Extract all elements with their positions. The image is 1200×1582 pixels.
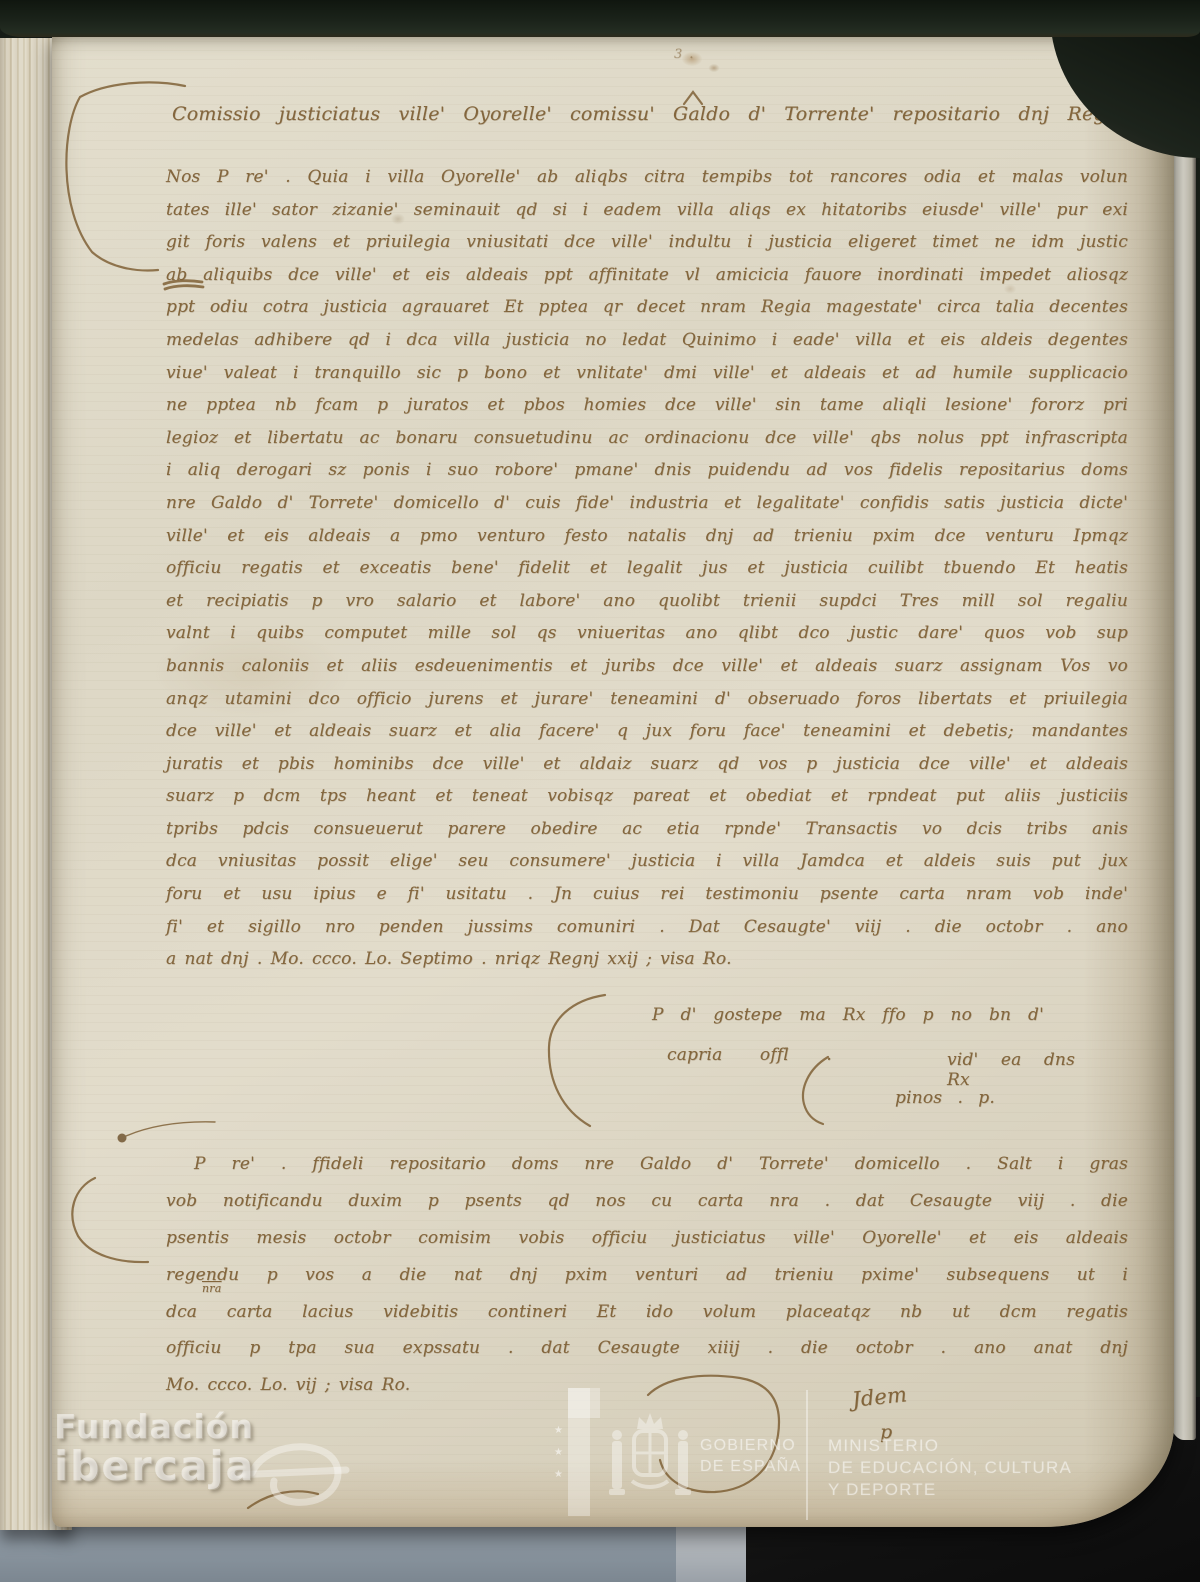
body-text-line-20: suarz p dcm tps heant et teneat vobisqz …: [166, 780, 1128, 813]
body-text-line-6: medelas adhibere qd i dca villa justicia…: [166, 324, 1128, 357]
background-top: [0, 0, 1200, 37]
ministerio-watermark-line-2: DE EDUCACIÓN, CULTURA: [828, 1457, 1072, 1478]
second-text-block: P re' . ffideli repositario doms nre Gal…: [166, 1146, 1128, 1404]
signature-line-3: pinos . p.: [895, 1088, 995, 1108]
body-text-line-4: ab aliquibs dce ville' et eis aldeais pp…: [166, 259, 1128, 292]
second-text-line-4: regendu p vos a die nat dnj pxim venturi…: [166, 1257, 1128, 1294]
body-text-line-19: juratis et pbis hominibs dce ville' et a…: [166, 748, 1128, 781]
body-text-line-17: anqz utamini dco officio jurens et jurar…: [166, 683, 1128, 716]
body-text-line-13: officiu regatis et exceatis bene' fideli…: [166, 552, 1128, 585]
ministerio-watermark-line-1: MINISTERIO: [828, 1435, 939, 1456]
body-text-line-18: dce ville' et aldeais suarz et alia face…: [166, 715, 1128, 748]
second-text-line-2: vob notificandu duxim p psents qd nos cu…: [166, 1183, 1128, 1220]
gobierno-watermark-line-2: DE ESPAÑA: [700, 1456, 801, 1477]
body-text-line-16: bannis caloniis et aliis esdeuenimentis …: [166, 650, 1128, 683]
second-text-line-1: P re' . ffideli repositario doms nre Gal…: [166, 1146, 1128, 1183]
body-text-line-25: a nat dnj . Mo. ccco. Lo. Septimo . nriq…: [166, 943, 1128, 976]
star-icon: ★: [554, 1469, 563, 1480]
second-text-line-3: psentis mesis octobr comisim vobis offic…: [166, 1220, 1128, 1257]
star-icon: ★: [554, 1425, 563, 1436]
watermark-divider: [806, 1390, 808, 1520]
second-text-line-6: officiu p tpa sua expssatu . dat Cesaugt…: [166, 1330, 1128, 1367]
body-text-line-1: Nos P re' . Quia i villa Oyorelle' ab al…: [166, 161, 1128, 194]
spain-coat-of-arms-icon: [608, 1409, 692, 1501]
ibercaja-watermark-line-2: ibercaja: [55, 1443, 256, 1491]
page-heading: Comissio justiciatus ville' Oyorelle' co…: [172, 103, 1122, 125]
body-text-line-7: viue' valeat i tranquillo sic p bono et …: [166, 357, 1128, 390]
second-text-line-7: Mo. ccco. Lo. vij ; visa Ro.: [166, 1367, 1128, 1404]
body-text-line-12: ville' et eis aldeais a pmo venturo fest…: [166, 520, 1128, 553]
body-text-line-24: fi' et sigillo nro penden jussims comuni…: [166, 911, 1128, 944]
star-icon: ★: [554, 1447, 563, 1458]
body-text-line-8: ne pptea nb fcam p juratos et pbos homie…: [166, 389, 1128, 422]
body-text-line-21: tpribs pdcis consueuerut parere obedire …: [166, 813, 1128, 846]
vidit-bracket: [803, 1057, 828, 1124]
manuscript-page: 3 . Comissio justiciatus ville' Oyorelle…: [52, 33, 1174, 1527]
body-text-block: Nos P re' . Quia i villa Oyorelle' ab al…: [166, 161, 1128, 976]
folio-mark: 3 .: [674, 47, 694, 62]
body-text-line-23: foru et usu ipius e fi' usitatu . Jn cui…: [166, 878, 1128, 911]
ink-blot: [118, 1134, 127, 1143]
second-text-line-5: dca carta lacius videbitis contineri Et …: [166, 1294, 1128, 1331]
body-text-line-10: i aliq derogari sz ponis i suo robore' p…: [166, 454, 1128, 487]
body-text-line-3: git foris valens et priuilegia vniusitat…: [166, 226, 1128, 259]
interlinear-note: nra: [202, 1282, 222, 1295]
signature-line-2-left: capria offl .: [667, 1045, 832, 1065]
body-text-line-2: tates ille' sator zizanie' seminauit qd …: [166, 194, 1128, 227]
margin-flourish-paragraph-2: [72, 1178, 148, 1262]
body-text-line-15: valnt i quibs computet mille sol qs vniu…: [166, 617, 1128, 650]
ministerio-watermark-line-3: Y DEPORTE: [828, 1479, 936, 1500]
spain-flag-bar: [568, 1388, 590, 1516]
signature-line-1: P d' gostepe ma Rx ffo p no bn d': [652, 1005, 1044, 1025]
body-text-line-9: legioz et libertatu ac bonaru consuetudi…: [166, 422, 1128, 455]
ibercaja-watermark-line-1: Fundación: [55, 1408, 255, 1447]
signature-line-2-right: vid' ea dns Rx: [947, 1050, 1075, 1090]
body-text-line-22: dca vniusitas possit elige' seu consumer…: [166, 845, 1128, 878]
final-mark: Jdem: [851, 1382, 908, 1412]
body-text-line-5: ppt odiu cotra justicia agrauaret Et ppt…: [166, 291, 1128, 324]
signature-bracket: [549, 995, 605, 1126]
ink-blot-stroke: [126, 1122, 215, 1136]
gobierno-watermark-line-1: GOBIERNO: [700, 1435, 796, 1456]
body-text-line-14: et recipiatis p vro salario et labore' a…: [166, 585, 1128, 618]
body-text-line-11: nre Galdo d' Torrete' domicello d' cuis …: [166, 487, 1128, 520]
photo-scene: 3 . Comissio justiciatus ville' Oyorelle…: [0, 0, 1200, 1582]
